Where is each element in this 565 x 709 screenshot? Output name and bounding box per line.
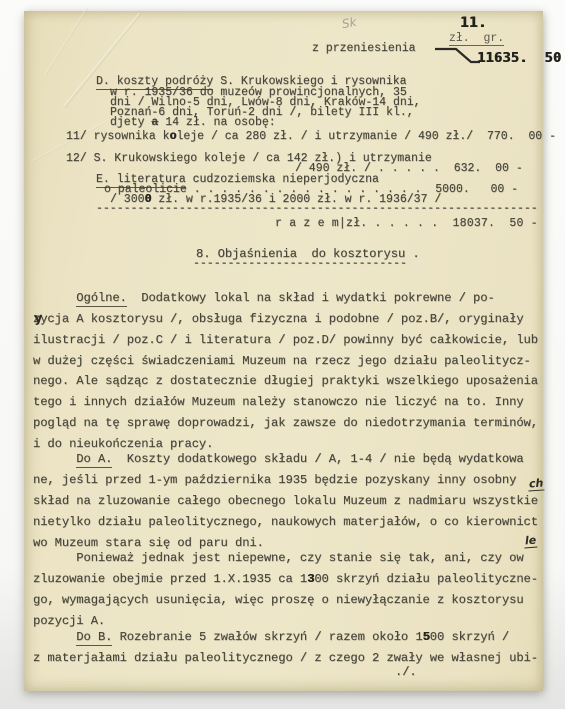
paragraph-line: Do A. Koszty dodatkowego składu / A, 1-4… [33, 453, 524, 466]
paragraph-line: ilustracji / poz.C / i literatura / poz.… [33, 334, 538, 347]
continuation-mark: ./. [395, 666, 417, 679]
paragraph-line: pogląd na tę sprawę doprowadzi, jak zaws… [33, 417, 538, 430]
carryover-label: z przeniesienia [312, 43, 416, 54]
pencil-initials: Sk [341, 15, 358, 31]
expense-row-11: 11/ rysownika koleje / ca 280 zł. / i ut… [66, 131, 556, 142]
paragraph-line: Do B. Rozebranie 5 zwałów skrzyń / razem… [33, 631, 509, 644]
paragraph-line: wo Muzeum stara się od paru dni. [33, 537, 264, 550]
total-row: r a z e m|zł. . . . . . 18037. 50 - [275, 218, 538, 229]
paragraph-line: w dużej części świadczeniami Muzeum na r… [33, 355, 531, 368]
paragraph-line: ne, jeśli przed 1-ym października 1935 b… [33, 474, 516, 487]
paragraph-line: zycja A kosztorysu /, obsługa fizyczna i… [33, 313, 524, 326]
paragraph-line: nietylko działu paleolitycznego, naukowy… [33, 516, 538, 529]
section-heading-underline: ------------------------------- [193, 258, 407, 269]
paragraph-line: tego i innych działów Muzeum należy stan… [33, 396, 524, 409]
dashed-separator: ----------------------------------------… [96, 203, 538, 214]
margin-insert: le [524, 534, 538, 549]
page-number: 11. [460, 15, 487, 31]
handwritten-correction: y [34, 311, 43, 326]
carryover-amount: 11635. 50 [477, 50, 561, 66]
paragraph-line: i do nieukończenia pracy. [33, 438, 213, 451]
scan-background: Sk 11. zł. gr. z przeniesienia 11635. 50… [0, 0, 565, 709]
paragraph-line: Ogólne. Dodatkowy lokal na skład i wydat… [33, 292, 495, 305]
paragraph-line: pozycji A. [33, 615, 105, 628]
item-d-line: djety a 14 zł. na osobę: [110, 117, 276, 128]
paragraph-line: go, wymagających usunięcia, więc proszę … [33, 594, 524, 607]
margin-insert: ch [528, 476, 545, 491]
paragraph-line: z materjałami działu paleolitycznego / z… [33, 652, 538, 665]
paragraph-line: zluzowanie obejmie przed 1.X.1935 ca 130… [33, 573, 538, 586]
carryover-connector-line [428, 42, 482, 68]
paragraph-line: nego. Ale sądząc z dostatecznie długiej … [33, 375, 538, 388]
paragraph-line: skład na zluzowanie całego obecnego loka… [33, 495, 538, 508]
paragraph-line: Ponieważ jednak jest niepewne, czy stani… [33, 552, 524, 565]
paper-crease [44, 8, 88, 77]
